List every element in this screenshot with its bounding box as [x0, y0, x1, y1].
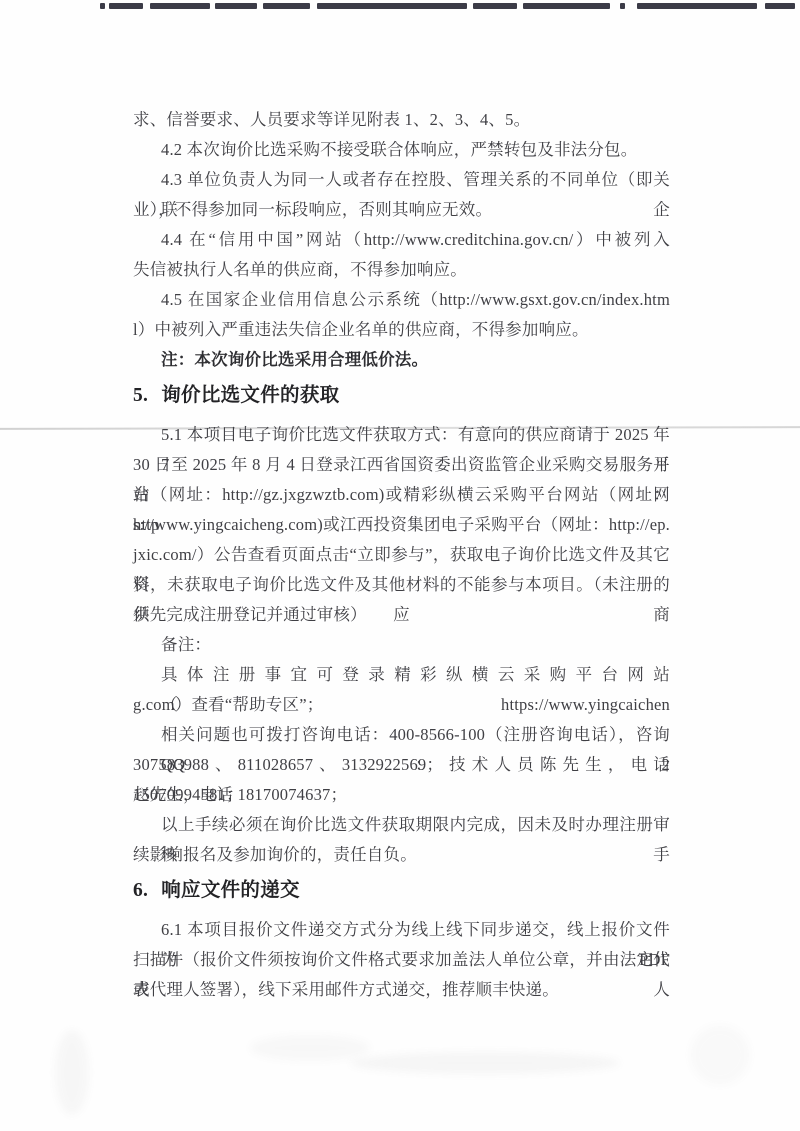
scan-dash [523, 3, 610, 9]
scan-dash [109, 3, 143, 9]
text-line: 扫描件（报价文件须按询价文件格式要求加盖法人单位公章，并由法定代表人 [133, 945, 670, 975]
scan-dash [263, 3, 310, 9]
text-line: 站（网址：http://gz.jxgzwztb.com)或精彩纵横云采购平台网站… [133, 480, 670, 510]
section-title: 响应文件的递交 [161, 880, 300, 901]
section-number: 5. [133, 381, 148, 411]
text-line: 4.2 本次询价比选采购不接受联合体响应，严禁转包及非法分包。 [133, 135, 670, 165]
section-heading: 5.询价比选文件的获取 [133, 381, 670, 411]
text-line: l）中被列入严重违法失信企业名单的供应商，不得参加响应。 [133, 315, 670, 345]
scan-dash [620, 3, 625, 9]
text-line: 307583988、811028657、3132922569；技术人员陈先生，电… [133, 750, 670, 780]
scan-smudge [690, 1025, 750, 1085]
scan-dash [637, 3, 757, 9]
text-line: s://www.yingcaicheng.com)或江西投资集团电子采购平台（网… [133, 510, 670, 540]
text-line: 具体注册事宜可登录精彩纵横云采购平台网站（https://www.yingcai… [133, 660, 670, 690]
scan-smudge [350, 1052, 620, 1074]
scan-smudge [250, 1035, 370, 1061]
document-page: 求、信誉要求、人员要求等详见附表 1、2、3、4、5。4.2 本次询价比选采购不… [0, 0, 800, 1131]
text-line: 料，未获取电子询价比选文件及其他材料的不能参与本项目。（未注册的供应商 [133, 570, 670, 600]
text-line: 4.5 在国家企业信用信息公示系统（http://www.gsxt.gov.cn… [133, 285, 670, 315]
text-line: 注：本次询价比选采用合理低价法。 [133, 345, 670, 375]
text-line: 失信被执行人名单的供应商，不得参加响应。 [133, 255, 670, 285]
text-line: 相关问题也可拨打咨询电话：400-8566-100（注册咨询电话），咨询 QQ：… [133, 720, 670, 750]
scan-dash [765, 3, 795, 9]
text-line: 4.3 单位负责人为同一人或者存在控股、管理关系的不同单位（即关联企 [133, 165, 670, 195]
text-line: 4.4 在“信用中国”网站（http://www.creditchina.gov… [133, 225, 670, 255]
scan-dash [215, 3, 257, 9]
text-line: jxic.com/）公告查看页面点击“立即参与”，获取电子询价比选文件及其它资 [133, 540, 670, 570]
text-line: 赵先生，电话 18170074637； [133, 780, 670, 810]
section-heading: 6.响应文件的递交 [133, 876, 670, 906]
scan-smudge [55, 1030, 89, 1115]
text-line: 以上手续必须在询价比选文件获取期限内完成，因未及时办理注册审核手 [133, 810, 670, 840]
text-line: 6.1 本项目报价文件递交方式分为线上线下同步递交，线上报价文件为 PDF [133, 915, 670, 945]
scan-dash [150, 3, 210, 9]
text-line: 5.1 本项目电子询价比选文件获取方式：有意向的供应商请于 2025 年 7 月 [133, 420, 670, 450]
scan-dash [100, 3, 105, 9]
document-body: 求、信誉要求、人员要求等详见附表 1、2、3、4、5。4.2 本次询价比选采购不… [133, 105, 670, 1005]
section-number: 6. [133, 876, 148, 906]
text-line: 求、信誉要求、人员要求等详见附表 1、2、3、4、5。 [133, 105, 670, 135]
scan-dash [317, 3, 467, 9]
section-title: 询价比选文件的获取 [161, 385, 339, 406]
text-line: 备注： [133, 630, 670, 660]
scan-dash [473, 3, 517, 9]
scan-artifact-top-dashes [0, 3, 800, 11]
text-line: 30 日至 2025 年 8 月 4 日登录江西省国资委出资监管企业采购交易服务… [133, 450, 670, 480]
